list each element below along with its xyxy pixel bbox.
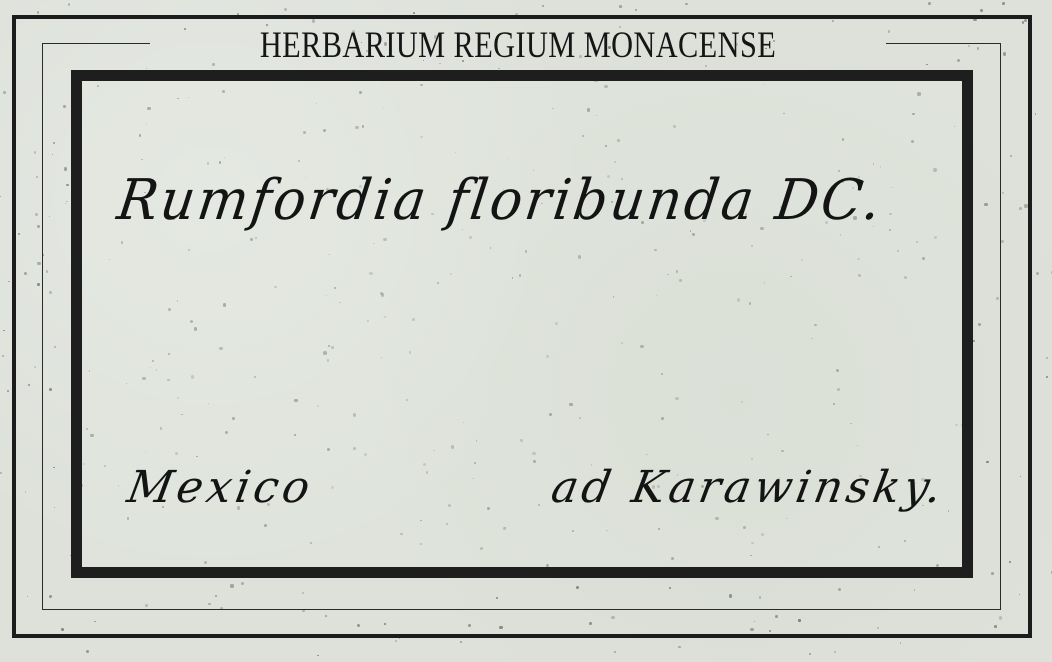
taxon-name-handwritten: Rumfordia floribunda DC.	[114, 168, 888, 233]
middle-frame-top-rule-left	[42, 43, 150, 44]
middle-frame-top-rule-right	[886, 43, 1000, 44]
locality-handwritten: Mexico	[124, 462, 318, 513]
collector-handwritten: ad Karawinsky.	[548, 462, 950, 513]
herbarium-title: HERBARIUM REGIUM MONACENSE	[216, 26, 820, 66]
